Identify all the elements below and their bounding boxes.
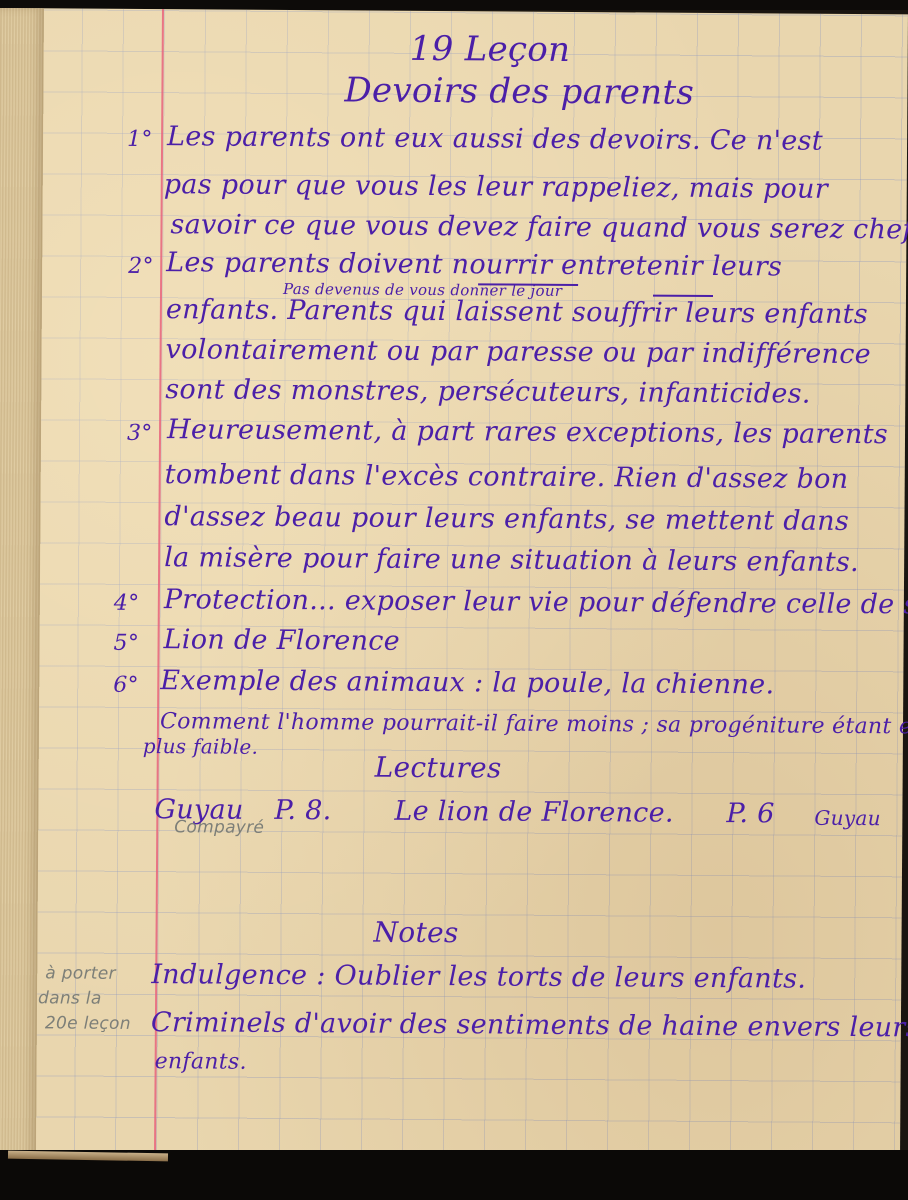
section-number: 5° — [113, 631, 139, 656]
text-line: Indulgence : Oublier les torts de leurs … — [151, 959, 806, 995]
reading-author: Guyau — [814, 806, 881, 830]
text-line: tombent dans l'excès contraire. Rien d'a… — [165, 459, 849, 495]
margin-pencil-note: dans la — [38, 988, 102, 1008]
section-number: 3° — [127, 421, 153, 446]
section-number: 1° — [127, 127, 153, 152]
text-line: Les parents ont eux aussi des devoirs. C… — [167, 121, 823, 157]
margin-pencil-note: à porter — [45, 963, 116, 983]
notes-title: Notes — [373, 916, 458, 950]
text-line: d'assez beau pour leurs enfants, se mett… — [164, 501, 849, 537]
text-line: Criminels d'avoir des sentiments de hain… — [151, 1007, 908, 1043]
notebook-page: 19 Leçon Devoirs des parents 1° Les pare… — [0, 8, 908, 1164]
margin-pencil-note: 20e leçon — [45, 1013, 131, 1034]
text-line: Lion de Florence — [163, 624, 400, 657]
text-line: Comment l'homme pourrait-il faire moins … — [160, 709, 908, 740]
text-line: enfants. — [155, 1049, 247, 1075]
reading-page: P. 6 — [726, 798, 774, 829]
text-line: plus faible. — [143, 734, 259, 759]
text-line: pas pour que vous les leur rappeliez, ma… — [164, 169, 828, 205]
text-line: volontairement ou par paresse ou par ind… — [166, 334, 872, 370]
reading-page: P. 8. — [274, 795, 331, 826]
text-line: enfants. Parents qui laissent souffrir l… — [166, 294, 868, 330]
text-line: Protection... exposer leur vie pour défe… — [164, 584, 908, 621]
section-number: 6° — [113, 673, 139, 698]
page-stack-edge — [0, 8, 44, 1158]
text-line: Exemple des animaux : la poule, la chien… — [160, 665, 774, 700]
underline-mark — [653, 295, 713, 297]
text-line: Heureusement, à part rares exceptions, l… — [167, 414, 888, 450]
text-line: Les parents doivent nourrir entretenir l… — [166, 247, 782, 282]
pencil-annotation: Compayré — [174, 817, 264, 838]
section-number: 2° — [128, 254, 154, 279]
reading-title: Le lion de Florence. — [394, 796, 674, 829]
page-title: Devoirs des parents — [344, 70, 694, 112]
text-line: savoir ce que vous devez faire quand vou… — [170, 209, 908, 245]
readings-title: Lectures — [375, 751, 502, 785]
lesson-number: 19 Leçon — [410, 29, 571, 70]
section-number: 4° — [114, 591, 140, 616]
text-line: la misère pour faire une situation à leu… — [164, 542, 859, 578]
text-line: sont des monstres, persécuteurs, infanti… — [165, 374, 811, 410]
